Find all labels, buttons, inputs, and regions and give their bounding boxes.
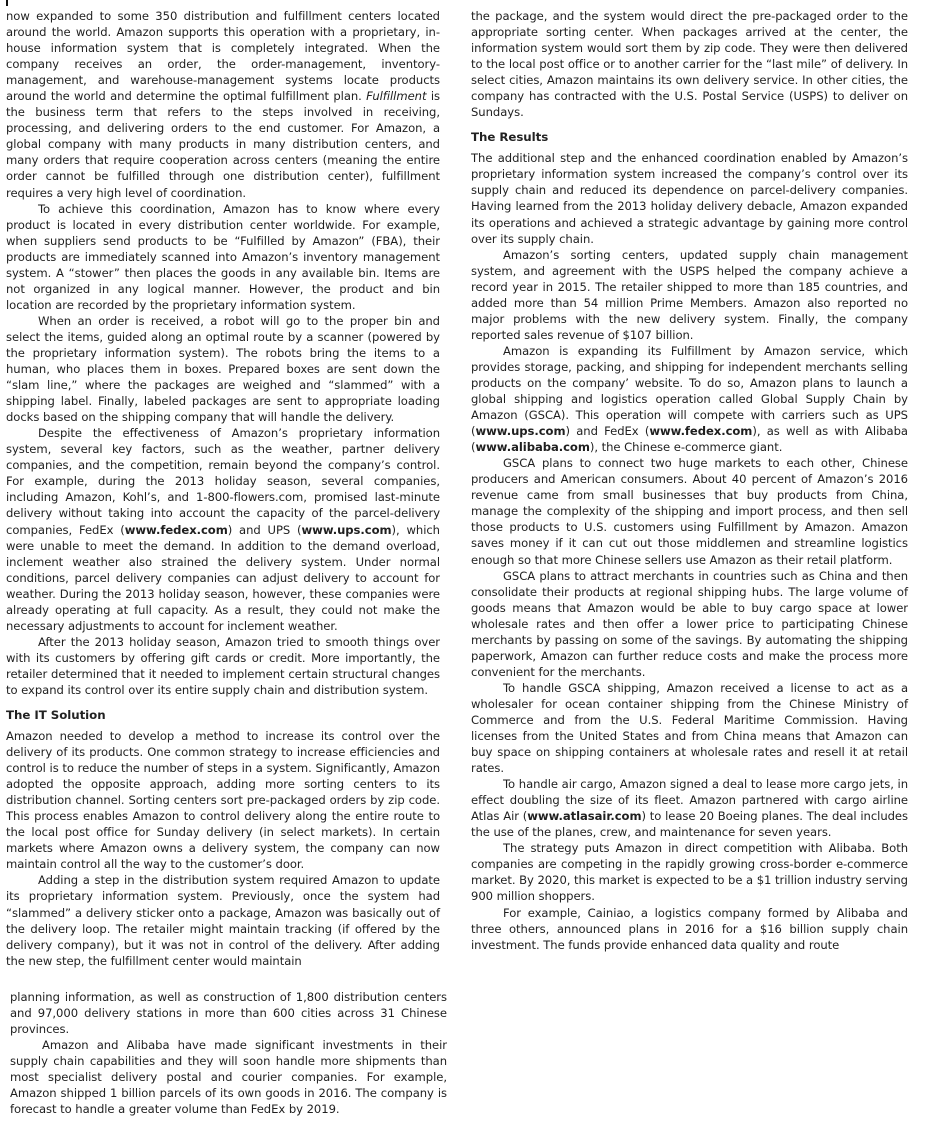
body-paragraph: For example, Cainiao, a logistics compan… bbox=[471, 905, 908, 953]
body-paragraph: The strategy puts Amazon in direct compe… bbox=[471, 840, 908, 904]
body-paragraph: GSCA plans to connect two huge markets t… bbox=[471, 455, 908, 567]
paragraph-text: Amazon and Alibaba have made significant… bbox=[10, 1038, 447, 1116]
paragraph-text: Adding a step in the distribution system… bbox=[6, 873, 440, 967]
paragraph-text: is the business term that refers to the … bbox=[6, 89, 440, 199]
website-url: www.alibaba.com bbox=[475, 440, 589, 454]
paragraph-text: To handle GSCA shipping, Amazon received… bbox=[471, 681, 908, 775]
body-paragraph: Amazon’s sorting centers, updated supply… bbox=[471, 247, 908, 343]
body-paragraph: Amazon needed to develop a method to inc… bbox=[6, 728, 440, 872]
body-paragraph: When an order is received, a robot will … bbox=[6, 313, 440, 425]
website-url: www.ups.com bbox=[302, 523, 392, 537]
paragraph-text: The additional step and the enhanced coo… bbox=[471, 151, 908, 245]
paragraph-text: ) and FedEx ( bbox=[566, 424, 650, 438]
heading-results: The Results bbox=[471, 129, 908, 145]
body-paragraph: the package, and the system would direct… bbox=[471, 8, 908, 120]
body-paragraph: now expanded to some 350 distribution an… bbox=[6, 8, 440, 201]
body-paragraph: After the 2013 holiday season, Amazon tr… bbox=[6, 634, 440, 698]
corner-crop-mark bbox=[6, 0, 8, 6]
results-body: The additional step and the enhanced coo… bbox=[471, 150, 908, 952]
body-paragraph: planning information, as well as constru… bbox=[10, 989, 447, 1037]
paragraph-text: GSCA plans to attract merchants in count… bbox=[471, 569, 908, 679]
paragraph-text: planning information, as well as constru… bbox=[10, 990, 447, 1036]
it-solution-body: Amazon needed to develop a method to inc… bbox=[6, 728, 440, 969]
left-column-intro: now expanded to some 350 distribution an… bbox=[6, 8, 440, 698]
left-column: now expanded to some 350 distribution an… bbox=[6, 8, 440, 969]
paragraph-text: To achieve this coordination, Amazon has… bbox=[6, 202, 440, 312]
right-column-intro: the package, and the system would direct… bbox=[471, 8, 908, 120]
bottom-left-block: planning information, as well as constru… bbox=[10, 989, 447, 1117]
paragraph-text: The strategy puts Amazon in direct compe… bbox=[471, 841, 908, 903]
body-paragraph: Adding a step in the distribution system… bbox=[6, 872, 440, 968]
body-paragraph: To handle GSCA shipping, Amazon received… bbox=[471, 680, 908, 776]
paragraph-text: ), the Chinese e-commerce giant. bbox=[590, 440, 782, 454]
website-url: www.atlasair.com bbox=[527, 809, 641, 823]
body-paragraph: Despite the effectiveness of Amazon’s pr… bbox=[6, 425, 440, 634]
body-paragraph: To achieve this coordination, Amazon has… bbox=[6, 201, 440, 313]
paragraph-text: After the 2013 holiday season, Amazon tr… bbox=[6, 635, 440, 697]
italic-term: Fulfillment bbox=[366, 89, 426, 103]
website-url: www.ups.com bbox=[475, 424, 565, 438]
paragraph-text: GSCA plans to connect two huge markets t… bbox=[471, 456, 908, 566]
body-paragraph: To handle air cargo, Amazon signed a dea… bbox=[471, 776, 908, 840]
paragraph-text: When an order is received, a robot will … bbox=[6, 314, 440, 424]
bottom-block-body: planning information, as well as constru… bbox=[10, 989, 447, 1117]
paragraph-text: ), which were unable to meet the demand.… bbox=[6, 523, 440, 633]
paragraph-text: Despite the effectiveness of Amazon’s pr… bbox=[6, 426, 440, 536]
paragraph-text: ) and UPS ( bbox=[228, 523, 302, 537]
body-paragraph: Amazon and Alibaba have made significant… bbox=[10, 1037, 447, 1117]
paragraph-text: Amazon’s sorting centers, updated supply… bbox=[471, 248, 908, 342]
body-paragraph: Amazon is expanding its Fulfillment by A… bbox=[471, 343, 908, 455]
paragraph-text: For example, Cainiao, a logistics compan… bbox=[471, 906, 908, 952]
body-paragraph: GSCA plans to attract merchants in count… bbox=[471, 568, 908, 680]
paragraph-text: the package, and the system would direct… bbox=[471, 9, 908, 119]
paragraph-text: Amazon needed to develop a method to inc… bbox=[6, 729, 440, 871]
website-url: www.fedex.com bbox=[125, 523, 228, 537]
heading-it-solution: The IT Solution bbox=[6, 707, 440, 723]
body-paragraph: The additional step and the enhanced coo… bbox=[471, 150, 908, 246]
website-url: www.fedex.com bbox=[649, 424, 752, 438]
right-column: the package, and the system would direct… bbox=[471, 8, 908, 953]
